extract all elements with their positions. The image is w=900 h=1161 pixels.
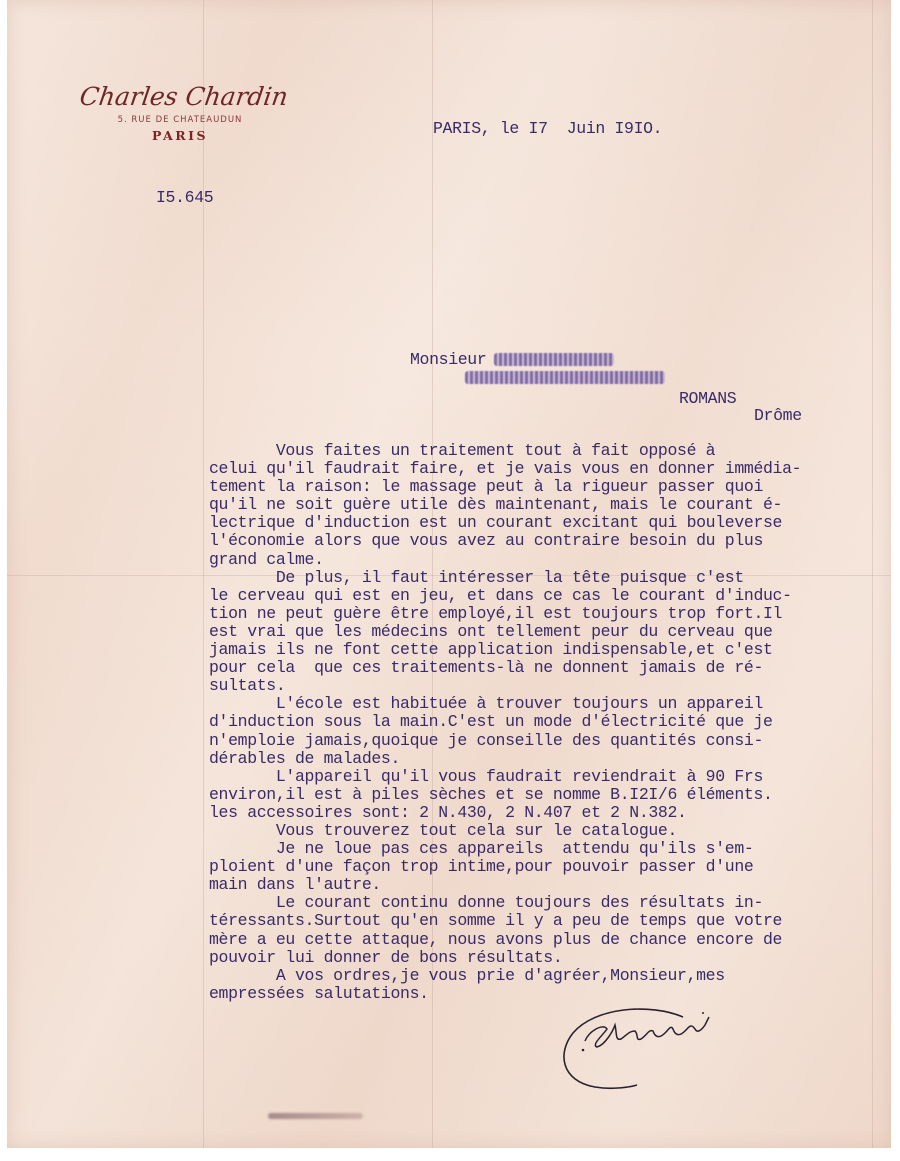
body-line: tement la raison: le massage peut à la r… bbox=[209, 478, 801, 496]
body-line: les accessoires sont: 2 N.430, 2 N.407 e… bbox=[209, 804, 801, 822]
recipient-city: ROMANS bbox=[679, 389, 736, 408]
body-line: Vous faites un traitement tout à fait op… bbox=[209, 442, 801, 460]
body-line: tion ne peut guère être employé,il est t… bbox=[209, 605, 801, 623]
body-line: De plus, il faut intéresser la tête puis… bbox=[209, 569, 801, 587]
letterhead-city: PARIS bbox=[80, 128, 280, 143]
letterhead-name: Charles Chardin bbox=[78, 82, 282, 111]
body-line: est vrai que les médecins ont tellement … bbox=[209, 623, 801, 641]
body-line: dérables de malades. bbox=[209, 750, 801, 768]
ink-smudge bbox=[268, 1113, 363, 1119]
body-line: Le courant continu donne toujours des ré… bbox=[209, 894, 801, 912]
body-line: d'induction sous la main.C'est un mode d… bbox=[209, 713, 801, 731]
redacted-recipient-name bbox=[494, 353, 614, 366]
body-line: L'école est habituée à trouver toujours … bbox=[209, 695, 801, 713]
body-line: lectrique d'induction est un courant exc… bbox=[209, 514, 801, 532]
body-line: ploient d'une façon trop intime,pour pou… bbox=[209, 858, 801, 876]
body-line: qu'il ne soit guère utile dès maintenant… bbox=[209, 496, 801, 514]
paper-fold-vertical bbox=[872, 0, 873, 1148]
letterhead: Charles Chardin 5. RUE DE CHATEAUDUN PAR… bbox=[80, 82, 280, 143]
body-line: main dans l'autre. bbox=[209, 876, 801, 894]
body-line: environ,il est à piles sèches et se nomm… bbox=[209, 786, 801, 804]
body-line: pour cela que ces traitements-là ne donn… bbox=[209, 659, 801, 677]
recipient-salutation: Monsieur bbox=[410, 350, 486, 369]
body-line: mère a eu cette attaque, nous avons plus… bbox=[209, 931, 801, 949]
recipient-line: Monsieur bbox=[410, 350, 614, 369]
body-line: l'économie alors que vous avez au contra… bbox=[209, 532, 801, 550]
body-line: A vos ordres,je vous prie d'agréer,Monsi… bbox=[209, 967, 801, 985]
body-line: le cerveau qui est en jeu, et dans ce ca… bbox=[209, 587, 801, 605]
date-line: PARIS, le I7 Juin I9IO. bbox=[433, 119, 662, 138]
body-line: n'emploie jamais,quoique je conseille de… bbox=[209, 732, 801, 750]
body-line: Vous trouverez tout cela sur le catalogu… bbox=[209, 822, 801, 840]
body-line: Je ne loue pas ces appareils attendu qu'… bbox=[209, 840, 801, 858]
body-line: jamais ils ne font cette application ind… bbox=[209, 641, 801, 659]
body-line: L'appareil qu'il vous faudrait reviendra… bbox=[209, 768, 801, 786]
signature bbox=[555, 995, 765, 1095]
reference-number: I5.645 bbox=[156, 188, 213, 207]
body-line: pouvoir lui donner de bons résultats. bbox=[209, 949, 801, 967]
paper-fold-vertical bbox=[203, 0, 204, 1148]
body-line: celui qu'il faudrait faire, et je vais v… bbox=[209, 460, 801, 478]
redacted-recipient-address bbox=[465, 371, 665, 384]
letterhead-address: 5. RUE DE CHATEAUDUN bbox=[80, 115, 280, 125]
letter-body: Vous faites un traitement tout à fait op… bbox=[209, 442, 801, 1003]
body-line: téressants.Surtout qu'en somme il y a pe… bbox=[209, 912, 801, 930]
body-line: sultats. bbox=[209, 677, 801, 695]
recipient-department: Drôme bbox=[754, 406, 802, 425]
body-line: grand calme. bbox=[209, 551, 801, 569]
